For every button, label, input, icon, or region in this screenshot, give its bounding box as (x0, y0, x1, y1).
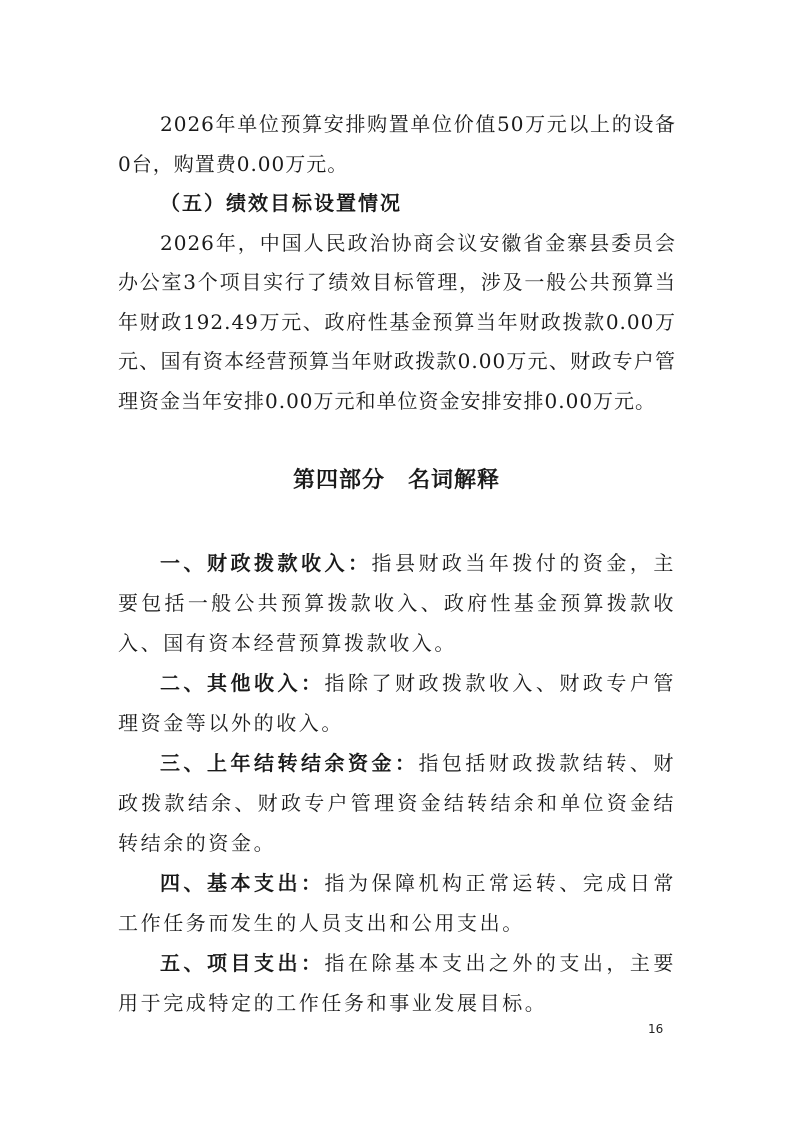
definition-term: 一、财政拨款收入： (160, 551, 371, 575)
definition-item: 二、其他收入：指除了财政拨款收入、财政专户管理资金等以外的收入。 (118, 663, 676, 743)
definition-item: 一、财政拨款收入：指县财政当年拨付的资金，主要包括一般公共预算拨款收入、政府性基… (118, 543, 676, 663)
definition-item: 四、基本支出：指为保障机构正常运转、完成日常工作任务而发生的人员支出和公用支出。 (118, 863, 676, 943)
equipment-paragraph: 2026年单位预算安排购置单位价值50万元以上的设备0台，购置费0.00万元。 (118, 105, 676, 184)
section-v-content: 2026年单位预算安排购置单位价值50万元以上的设备0台，购置费0.00万元。 … (118, 105, 676, 421)
definition-term: 三、上年结转结余资金： (160, 751, 418, 775)
definition-term: 四、基本支出： (160, 871, 324, 895)
definitions-list: 一、财政拨款收入：指县财政当年拨付的资金，主要包括一般公共预算拨款收入、政府性基… (118, 543, 676, 1023)
performance-paragraph: 2026年，中国人民政治协商会议安徽省金寨县委员会办公室3个项目实行了绩效目标管… (118, 224, 676, 422)
part-title: 第四部分 名词解释 (0, 463, 793, 494)
definition-item: 五、项目支出：指在除基本支出之外的支出，主要用于完成特定的工作任务和事业发展目标… (118, 943, 676, 1023)
section-heading: （五）绩效目标设置情况 (118, 184, 676, 224)
definition-term: 二、其他收入： (160, 671, 324, 695)
definition-term: 五、项目支出： (160, 951, 324, 975)
page-number: 16 (648, 1022, 663, 1036)
definition-item: 三、上年结转结余资金：指包括财政拨款结转、财政拨款结余、财政专户管理资金结转结余… (118, 743, 676, 863)
